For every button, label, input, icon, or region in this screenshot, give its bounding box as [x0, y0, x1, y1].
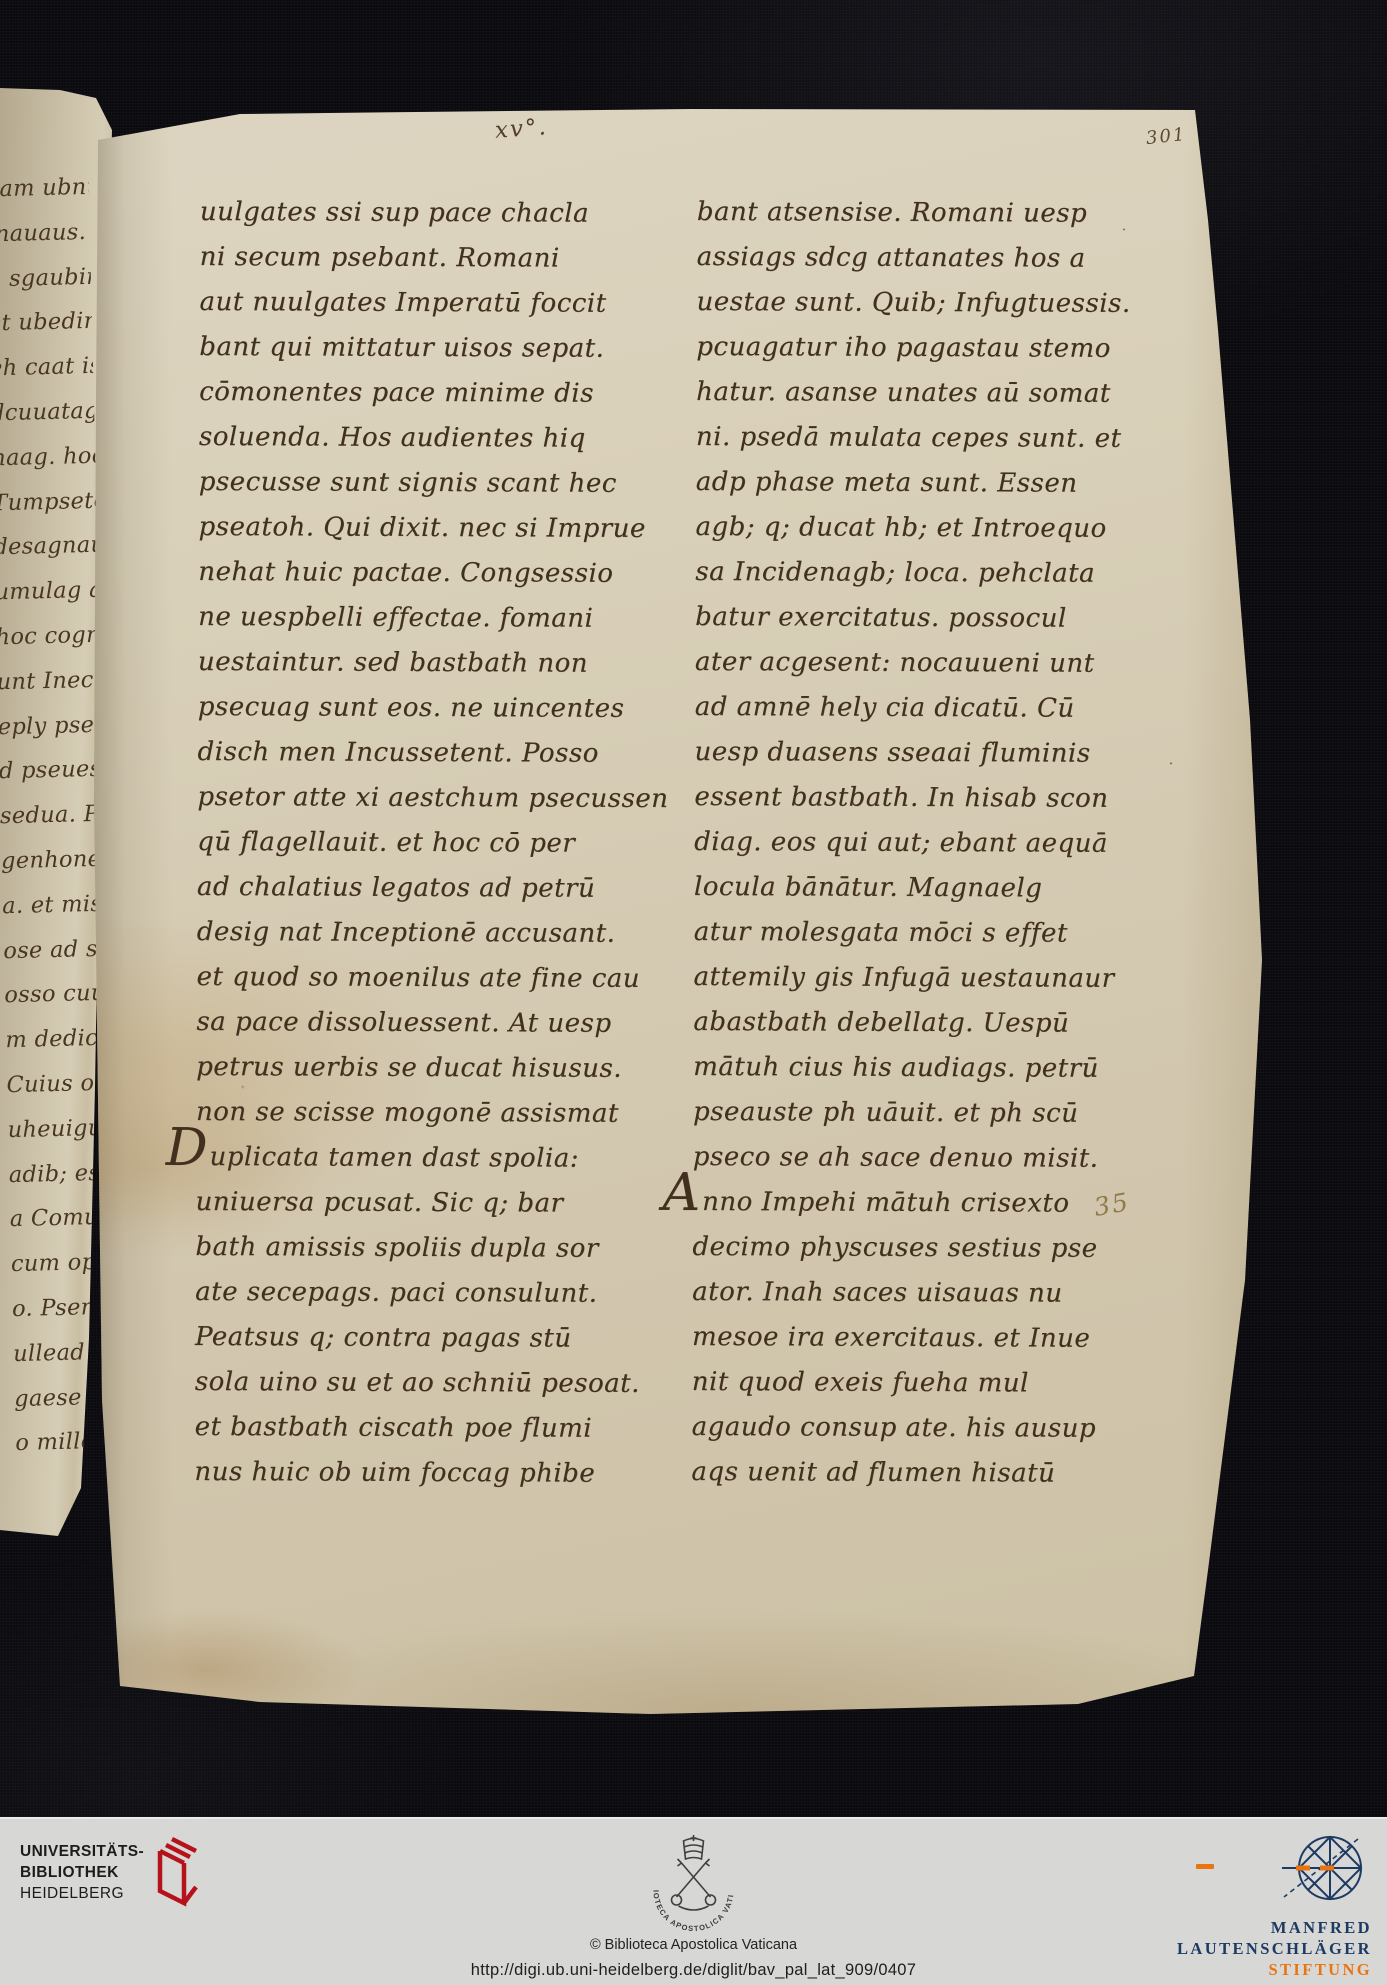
manuscript-line: nus huic ob uim foccag phibe: [194, 1450, 664, 1497]
manuscript-line: agb; q; ducat hb; et Introequo: [695, 505, 1095, 552]
manuscript-line: essent bastbath. In hisab scon: [694, 775, 1094, 822]
manuscript-line: sola uino su et ao schniū pesoat.: [195, 1360, 665, 1407]
facing-page-line-fragment: et ubedimissae. h: [0, 299, 92, 346]
foundation-wordmark: MANFRED LAUTENSCHLÄGER STIFTUNG: [1177, 1917, 1372, 1980]
margin-chapter-number: 35: [1092, 1187, 1132, 1222]
manuscript-line: desig nat Inceptionē accusant.: [197, 910, 667, 957]
manuscript-line: aut nuulgates Imperatū foccit: [199, 280, 669, 327]
facing-page-line-fragment: adib; esseshat: [8, 1150, 113, 1197]
manuscript-line: sa Incidenagb; loca. pehclata: [695, 550, 1095, 597]
manuscript-line: batur exercitatus. possocul: [695, 595, 1095, 642]
manuscript-line: ni. psedā mulata cepes sunt. et: [696, 415, 1096, 462]
facing-page-line-fragment: m dedicase uste: [5, 1016, 110, 1063]
library-name-line: UNIVERSITÄTS-: [20, 1841, 144, 1862]
ub-heidelberg-book-icon: [138, 1831, 200, 1907]
footer-bar: UNIVERSITÄTS- BIBLIOTHEK HEIDELBERG: [0, 1817, 1387, 1985]
manuscript-line: psecuag sunt eos. ne uincentes: [198, 685, 668, 732]
manuscript-line: non se scisse mogonē assismat: [196, 1090, 666, 1137]
seal-circular-text: BIBLIOTECA APOSTOLICA VATICANA: [651, 1876, 735, 1933]
manuscript-line: nehat huic pactae. Congsessio: [198, 550, 668, 597]
manuscript-right-column: bant atsensise. Romani uespassiags sdcg …: [691, 190, 1097, 1497]
manuscript-line: diag. eos qui aut; ebant aequā: [694, 820, 1094, 867]
facing-page-line-fragment: sedua. Peah: [0, 792, 105, 839]
manuscript-line: nit quod exeis fueha mul: [692, 1360, 1092, 1407]
facing-page-line-fragment: naag. hocagsse: [0, 434, 96, 481]
library-name-line: HEIDELBERG: [20, 1883, 144, 1904]
manuscript-line: ne uespbelli effectae. fomani: [198, 595, 668, 642]
facing-page-line-fragment: osso cuus colleca: [4, 971, 109, 1018]
manuscript-line: psetor atte xi aestchum psecussen: [197, 775, 667, 822]
manuscript-line: bath amissis spoliis dupla sor: [195, 1225, 665, 1272]
foundation-name-line: MANFRED: [1177, 1917, 1372, 1938]
facing-page-line-fragment: uheuiguadib: [7, 1105, 112, 1152]
manuscript-line: abastbath debellatg. Uespū: [693, 1000, 1093, 1047]
manuscript-line: adp phase meta sunt. Essen: [696, 460, 1096, 507]
manuscript-line: ad chalatius legatos ad petrū: [197, 865, 667, 912]
manuscript-line: attemily gis Infugā uestaunaur: [693, 955, 1093, 1002]
quire-mark: xv°.: [494, 114, 548, 144]
manuscript-line: ad amnē hely cia dicatū. Cū: [695, 685, 1095, 732]
manuscript-line: uniuersa pcusat. Sic q; bar: [195, 1180, 665, 1227]
manuscript-left-column: uulgates ssi sup pace chaclani secum pse…: [194, 190, 670, 1497]
folio-number: 301: [1145, 124, 1187, 149]
manuscript-line: uestaintur. sed bastbath non: [198, 640, 668, 687]
manuscript-line: pseatoh. Qui dixit. nec si Imprue: [198, 505, 668, 552]
facing-page-line-fragment: Inauaus. et asnah: [0, 210, 90, 257]
manuscript-line: sa pace dissoluessent. At uesp: [196, 1000, 666, 1047]
manuscript-line: Peatsus q; contra pagas stū: [195, 1315, 665, 1362]
manuscript-line: uulgates ssi sup pace chacla: [200, 190, 670, 237]
facing-page-line-fragment: hoc cognoscen: [0, 613, 100, 660]
facing-page-line-fragment: cum opphlegab: [10, 1240, 115, 1287]
manuscript-line: et quod so moenilus ate fine cau: [196, 955, 666, 1002]
facing-page-line-fragment: uam ubnunt. Cp: [0, 165, 89, 212]
facing-page-line-fragment: a Comuais sapat: [9, 1195, 114, 1242]
university-library-wordmark: UNIVERSITÄTS- BIBLIOTHEK HEIDELBERG: [20, 1841, 144, 1904]
facing-page-line-fragment: d sgaubint ann: [0, 254, 91, 301]
manuscript-line: aqs uenit ad flumen hisatū: [691, 1450, 1091, 1497]
foundation-name-line: LAUTENSCHLÄGER: [1177, 1938, 1372, 1959]
manuscript-line: mesoe ira exercitaus. et Inue: [692, 1315, 1092, 1362]
facing-page-line-fragment: Cuius obsepah: [6, 1061, 111, 1108]
facing-page-line-fragment: desagnauit gh: [0, 523, 98, 570]
facing-page-line-fragment: d pseuesengat: [0, 747, 103, 794]
manuscript-line: hatur. asanse unates aū somat: [696, 370, 1096, 417]
facing-page-line-fragment: ose ad sepm luis: [3, 926, 108, 973]
manuscript-line: uesp duasens sseaai fluminis: [694, 730, 1094, 777]
foundation-name-line: STIFTUNG: [1177, 1959, 1372, 1980]
manuscript-line: uestae sunt. Quib; Infugtuessis.: [696, 280, 1096, 327]
svg-text:BIBLIOTECA APOSTOLICA VATICANA: BIBLIOTECA APOSTOLICA VATICANA: [651, 1876, 735, 1933]
manuscript-line: ater acgesent: nocauueni unt: [695, 640, 1095, 687]
facing-page-line-fragment: dcuuatags cusn: [0, 389, 95, 436]
scanned-page-view: uam ubnunt. CpInauaus. et asnahd sgaubin…: [0, 0, 1387, 1985]
facing-page-line-fragment: a. et missose da: [2, 881, 107, 928]
manuscript-line: bant qui mittatur uisos sepat.: [199, 325, 669, 372]
facing-page-line-fragment: eply pseue ped: [0, 702, 102, 749]
manuscript-line: pcuagatur iho pagastau stemo: [696, 325, 1096, 372]
foundation-orange-dash: [1196, 1864, 1214, 1869]
facing-page-line-fragment: unt Inectae. et d: [0, 658, 101, 705]
manuscript-line: cōmonentes pace minime dis: [199, 370, 669, 417]
manuscript-line: bant atsensise. Romani uesp: [697, 190, 1097, 237]
manuscript-line: disch men Incussetent. Posso: [197, 730, 667, 777]
facing-page-line-fragment: eh caat ist. Cū: [0, 344, 94, 391]
manuscript-line: pseauste ph uāuit. et ph scū: [693, 1090, 1093, 1137]
manuscript-line: Duplicata tamen dast spolia:: [196, 1135, 666, 1182]
manuscript-line: psecusse sunt signis scant hec: [199, 460, 669, 507]
facing-page-line-fragment: Tumpsetor Ini: [0, 478, 97, 525]
manuscript-line: decimo physcuses sestius pse: [692, 1225, 1092, 1272]
manuscript-line: atur molesgata mōci s effet: [694, 910, 1094, 957]
facing-page-line-fragment: genhone apsea: [1, 837, 106, 884]
manuscript-line: soluenda. Hos audientes hiq: [199, 415, 669, 462]
library-name-line: BIBLIOTHEK: [20, 1862, 144, 1883]
manuscript-line: ni secum psebant. Romani: [200, 235, 670, 282]
manuscript-line: ator. Inah saces uisauas nu: [692, 1270, 1092, 1317]
manuscript-line: locula bānātur. Magnaelg: [694, 865, 1094, 912]
manuscript-line: pseco se ah sace denuo misit.: [693, 1135, 1093, 1182]
vatican-library-seal-icon: BIBLIOTECA APOSTOLICA VATICANA: [645, 1833, 742, 1933]
manuscript-line: Anno Impehi mātuh crisexto: [692, 1180, 1092, 1227]
manuscript-line: ate secepags. paci consulunt.: [195, 1270, 665, 1317]
manuscript-line: mātuh cius his audiags. petrū: [693, 1045, 1093, 1092]
manuscript-line: petrus uerbis se ducat hisusus.: [196, 1045, 666, 1092]
manuscript-line: et bastbath ciscath poe flumi: [195, 1405, 665, 1452]
lautenschlaeger-globe-icon: [1262, 1831, 1382, 1907]
facing-page-line-fragment: umulag audint: [0, 568, 99, 615]
manuscript-line: assiags sdcg attanates hos a: [697, 235, 1097, 282]
manuscript-line: qū flagellauit. et hoc cō per: [197, 820, 667, 867]
manuscript-line: agaudo consup ate. his ausup: [692, 1405, 1092, 1452]
